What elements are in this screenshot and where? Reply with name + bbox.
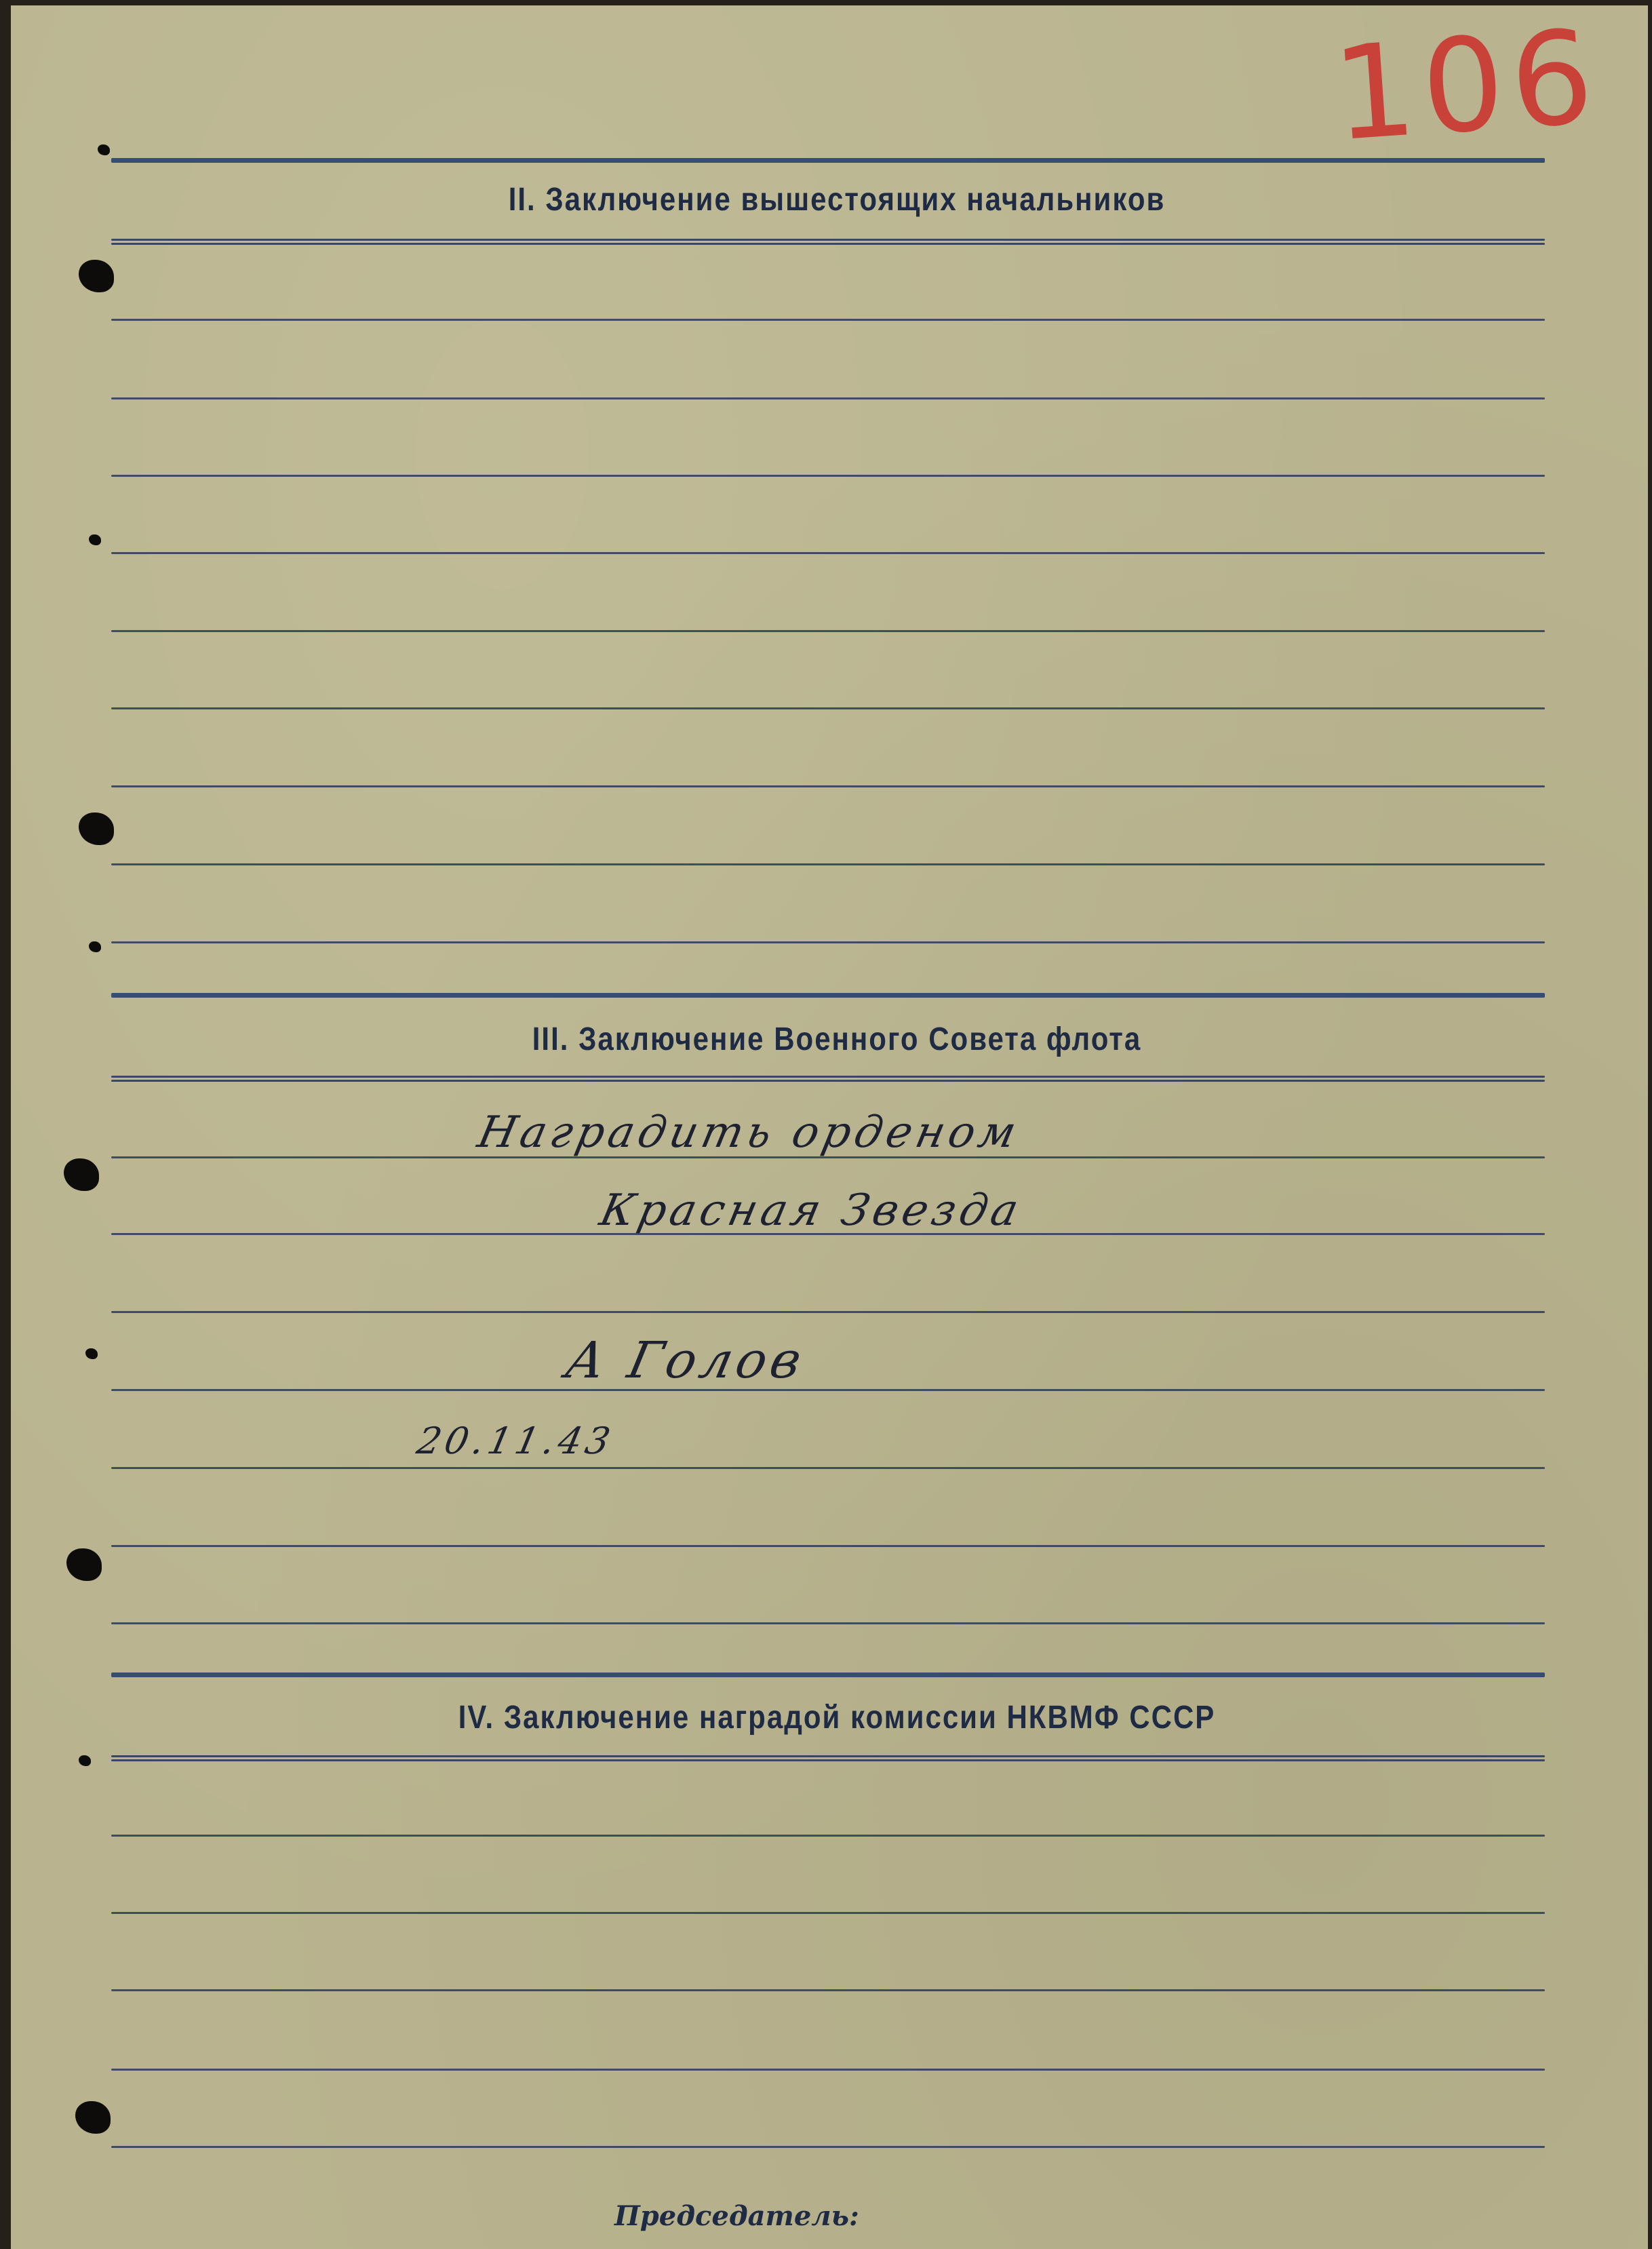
ruled-line <box>111 552 1545 554</box>
ruled-line <box>111 863 1545 865</box>
section-rule <box>111 158 1545 163</box>
ruled-line <box>111 1311 1545 1313</box>
section-rule <box>111 1076 1545 1078</box>
binder-hole <box>66 1548 102 1581</box>
ruled-line <box>111 1233 1545 1235</box>
binder-hole <box>98 144 110 155</box>
section-iii-heading: III. Заключение Военного Совета флота <box>11 1020 1652 1057</box>
ruled-line <box>111 1156 1545 1158</box>
ruled-line <box>111 1912 1545 1914</box>
ruled-line <box>111 1389 1545 1391</box>
ruled-line <box>111 630 1545 632</box>
document-page: 106 II. Заключение вышестоящих начальник… <box>11 5 1648 2249</box>
handwritten-resolution-line-1: Наградить орденом <box>473 1108 1025 1158</box>
chairman-label: Председатель: <box>614 2200 859 2232</box>
section-rule <box>111 239 1545 241</box>
ruled-line <box>111 319 1545 321</box>
handwritten-resolution-line-2: Красная Звезда <box>595 1186 1027 1236</box>
section-iv-heading: IV. Заключение наградой комиссии НКВМФ С… <box>11 1698 1652 1736</box>
ruled-line <box>111 2146 1545 2148</box>
handwritten-date: 20.11.43 <box>413 1420 618 1462</box>
handwritten-signature: А Голов <box>561 1331 810 1390</box>
ruled-line <box>111 785 1545 787</box>
binder-hole <box>75 2101 111 2134</box>
ruled-line <box>111 1989 1545 1991</box>
ruled-line <box>111 1467 1545 1469</box>
ruled-line <box>111 707 1545 709</box>
binder-hole <box>89 941 101 952</box>
binder-hole <box>79 1755 91 1766</box>
ruled-line <box>111 1545 1545 1547</box>
section-rule <box>111 1673 1545 1677</box>
ruled-line <box>111 941 1545 943</box>
section-ii-heading: II. Заключение вышестоящих начальников <box>11 180 1652 218</box>
ruled-line <box>111 2069 1545 2071</box>
binder-hole <box>85 1348 98 1359</box>
ruled-line <box>111 397 1545 399</box>
section-rule <box>111 1755 1545 1757</box>
binder-hole <box>64 1158 99 1191</box>
binder-hole <box>79 260 114 292</box>
ruled-line <box>111 475 1545 477</box>
ruled-line <box>111 1835 1545 1837</box>
binder-hole <box>89 534 101 545</box>
page-number-handwritten: 106 <box>1329 2 1605 170</box>
ruled-line <box>111 1622 1545 1624</box>
binder-hole <box>79 813 114 845</box>
section-rule <box>111 993 1545 998</box>
